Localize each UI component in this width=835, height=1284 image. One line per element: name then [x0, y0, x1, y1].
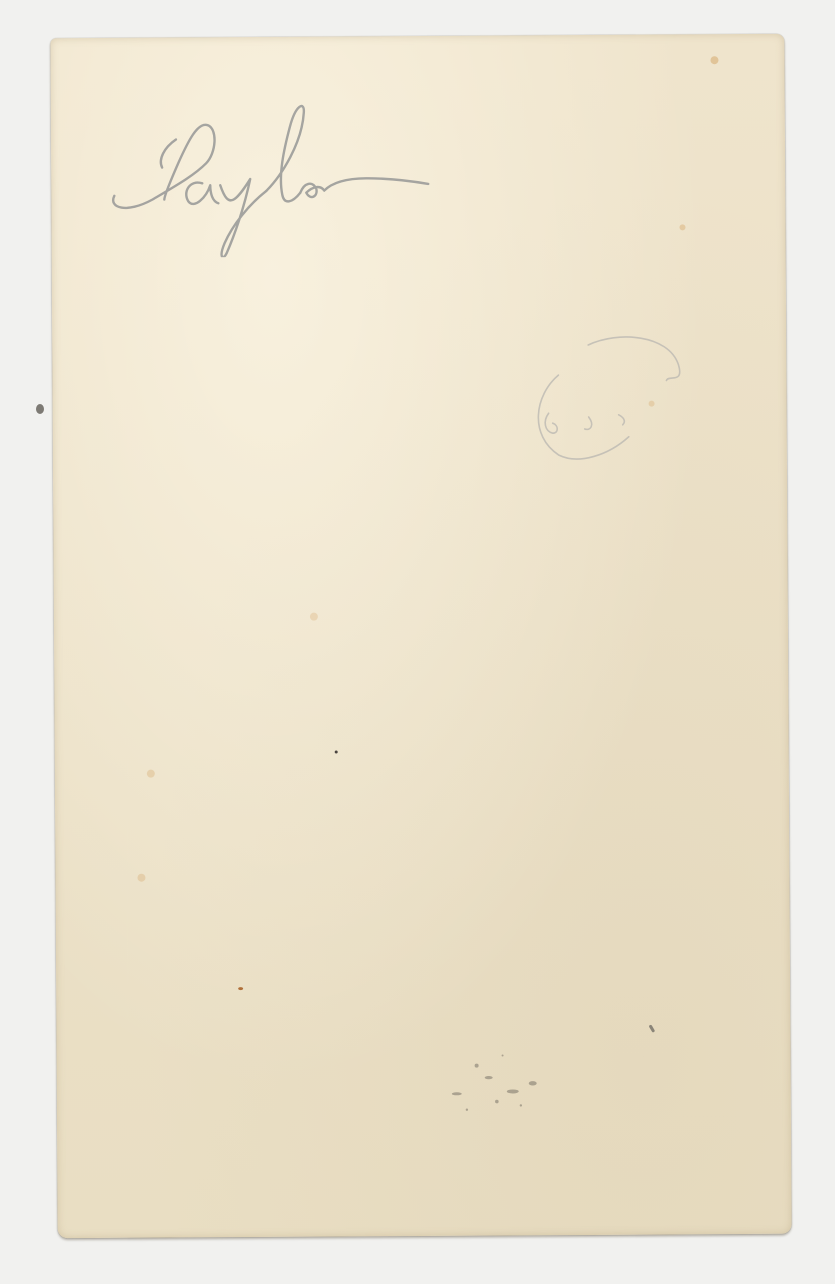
handwriting-taylor-icon: [106, 66, 437, 258]
age-spot: [710, 56, 718, 64]
rust-speck: [238, 987, 243, 990]
pencil-circle-icon: [518, 324, 689, 465]
dark-speck: [335, 751, 338, 754]
age-spot: [679, 224, 685, 230]
smudge-marks-icon: [436, 1035, 556, 1116]
background-speck: [36, 404, 44, 414]
handwritten-inscription: Taylor: [106, 66, 437, 258]
age-spot: [649, 401, 655, 407]
dark-speck: [649, 1024, 656, 1032]
faint-circled-mark: [518, 324, 689, 465]
photo-card-back: Taylor: [50, 34, 791, 1238]
age-spot: [147, 770, 155, 778]
age-spot: [137, 874, 145, 882]
ink-smudge: [436, 1035, 556, 1116]
age-spot: [310, 613, 318, 621]
